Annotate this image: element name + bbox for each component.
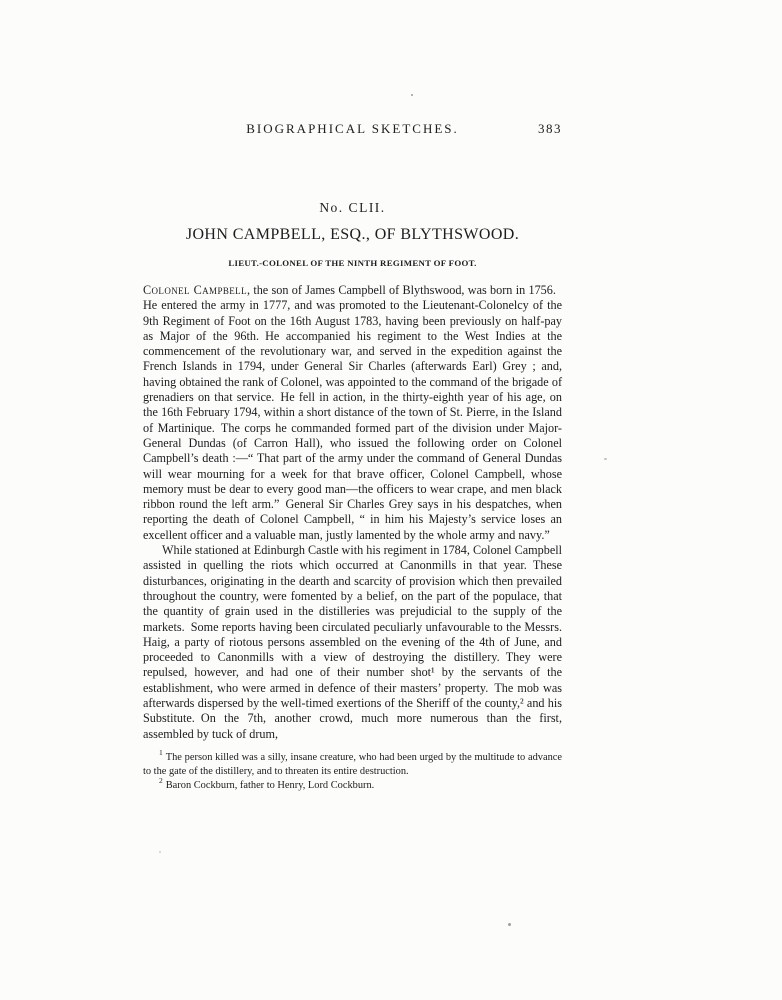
footnote-1-text: The person killed was a silly, insane cr… [143, 752, 562, 777]
footnote-2-text: Baron Cockburn, father to Henry, Lord Co… [166, 780, 375, 791]
scan-speck [411, 94, 413, 96]
article-body: Colonel Campbell, the son of James Campb… [143, 283, 562, 742]
scan-speck [508, 923, 511, 926]
paragraph-2: While stationed at Edinburgh Castle with… [143, 543, 562, 742]
footnotes-section: 1The person killed was a silly, insane c… [143, 751, 562, 792]
paragraph-1-lead-smallcaps: Colonel Campbell [143, 283, 247, 297]
footnote-2: 2Baron Cockburn, father to Henry, Lord C… [143, 779, 562, 793]
page-number: 383 [538, 121, 562, 137]
running-header: BIOGRAPHICAL SKETCHES. 383 [143, 121, 562, 137]
article-subtitle: LIEUT.-COLONEL OF THE NINTH REGIMENT OF … [143, 258, 562, 268]
scan-speck [604, 458, 607, 460]
running-header-title: BIOGRAPHICAL SKETCHES. [246, 121, 459, 136]
paragraph-1-text: , the son of James Campbell of Blythswoo… [143, 283, 562, 542]
type-area: BIOGRAPHICAL SKETCHES. 383 No. CLII. JOH… [143, 121, 562, 792]
section-number: No. CLII. [143, 200, 562, 216]
paragraph-1: Colonel Campbell, the son of James Campb… [143, 283, 562, 543]
scanned-book-page: BIOGRAPHICAL SKETCHES. 383 No. CLII. JOH… [0, 0, 782, 1000]
footnote-1: 1The person killed was a silly, insane c… [143, 751, 562, 779]
article-title: JOHN CAMPBELL, ESQ., OF BLYTHSWOOD. [143, 226, 562, 244]
footnote-2-marker: 2 [159, 776, 163, 785]
scan-speck [159, 851, 161, 853]
footnote-1-marker: 1 [159, 748, 163, 757]
